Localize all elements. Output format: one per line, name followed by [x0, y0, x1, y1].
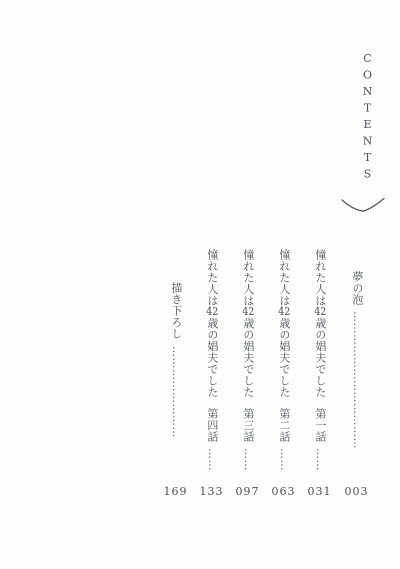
toc-entry-text: 憧れた人は42歳の娼夫でした第三話…… — [241, 246, 254, 474]
entry-chapter-label: 第一話 — [314, 408, 326, 443]
entry-chapter-label: 第三話 — [242, 408, 254, 443]
toc-entry: 憧れた人は42歳の娼夫でした第二話…… 063 — [265, 246, 302, 498]
toc-entry-text: 憧れた人は42歳の娼夫でした第四話…… — [205, 246, 218, 474]
entry-title: 憧れた人は — [278, 249, 290, 307]
entry-page-number: 169 — [157, 485, 194, 498]
entry-title: 夢の泡 — [351, 271, 363, 306]
table-of-contents: 夢の泡……………………………… 003 憧れた人は42歳の娼夫でした第一話…… … — [0, 246, 400, 502]
entry-leader-dots: …… — [242, 448, 254, 471]
entry-leader-dots: …… — [206, 448, 218, 471]
entry-title-number: 42 — [206, 306, 218, 317]
entry-title-rest: 歳の娼夫でした — [206, 317, 218, 398]
entry-chapter-label: 第四話 — [206, 408, 218, 443]
entry-leader-dots: …… — [314, 448, 326, 471]
entry-title: 憧れた人は — [242, 249, 254, 307]
toc-entry: 憧れた人は42歳の娼夫でした第四話…… 133 — [193, 246, 230, 498]
contents-page: CONTENTS 夢の泡……………………………… 003 憧れた人は42歳の娼夫… — [0, 0, 400, 569]
toc-entry: 描き下ろし…………………… 169 — [157, 246, 194, 498]
entry-title-number: 42 — [278, 306, 290, 317]
entry-title: 描き下ろし — [170, 282, 182, 340]
toc-entry-text: 憧れた人は42歳の娼夫でした第一話…… — [313, 246, 326, 474]
entry-page-number: 097 — [229, 485, 266, 498]
entry-title: 憧れた人は — [206, 249, 218, 307]
toc-entry: 憧れた人は42歳の娼夫でした第一話…… 031 — [301, 246, 338, 498]
entry-page-number: 063 — [265, 485, 302, 498]
toc-entry-text: 描き下ろし…………………… — [169, 246, 182, 474]
entry-leader-dots: …… — [278, 448, 290, 471]
bird-swoosh-icon — [339, 194, 387, 220]
entry-page-number: 133 — [193, 485, 230, 498]
contents-title: CONTENTS — [361, 52, 374, 184]
toc-entry-text: 夢の泡……………………………… — [350, 246, 363, 474]
entry-leader-dots: ……………………………… — [351, 311, 363, 449]
entry-title: 憧れた人は — [314, 249, 326, 307]
entry-title-rest: 歳の娼夫でした — [242, 317, 254, 398]
entry-title-rest: 歳の娼夫でした — [278, 317, 290, 398]
toc-entry-text: 憧れた人は42歳の娼夫でした第二話…… — [277, 246, 290, 474]
entry-title-number: 42 — [242, 306, 254, 317]
entry-page-number: 003 — [338, 485, 375, 498]
entry-leader-dots: …………………… — [170, 346, 182, 438]
entry-page-number: 031 — [301, 485, 338, 498]
toc-entry: 憧れた人は42歳の娼夫でした第三話…… 097 — [229, 246, 266, 498]
entry-title-rest: 歳の娼夫でした — [314, 317, 326, 398]
entry-title-number: 42 — [314, 306, 326, 317]
toc-entry: 夢の泡……………………………… 003 — [338, 246, 375, 498]
entry-chapter-label: 第二話 — [278, 408, 290, 443]
